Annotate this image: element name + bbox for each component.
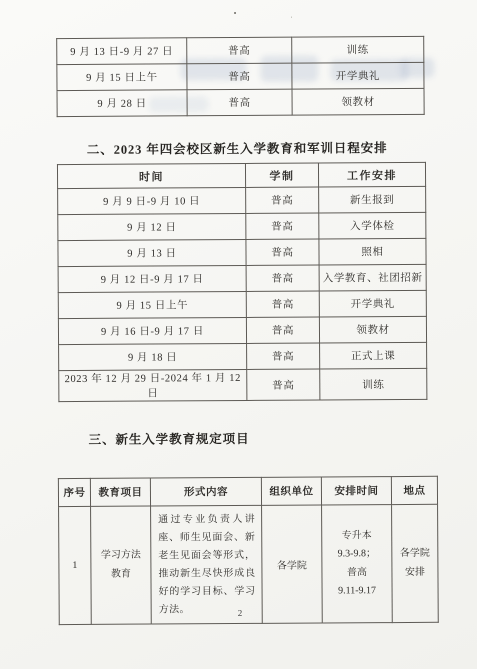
cell-work: 正式上课	[320, 342, 427, 369]
cell-time: 9 月 18 日	[59, 343, 247, 370]
cell-work: 开学典礼	[292, 62, 424, 89]
table-row: 9 月 15 日上午 普高 开学典礼	[58, 290, 426, 318]
cell-schooling: 普高	[246, 213, 319, 239]
cell-work: 训练	[292, 36, 424, 63]
cell-work: 训练	[320, 368, 427, 400]
cell-schooling: 普高	[246, 239, 319, 265]
cell-place-line: 安排	[392, 563, 437, 582]
section3-heading: 三、新生入学教育规定项目	[89, 429, 250, 448]
cell-work: 领教材	[292, 88, 424, 115]
table-row: 9 月 13 日 普高 照相	[58, 238, 426, 266]
cell-schedule-line: 9.3-9.8；	[322, 545, 391, 564]
cell-place-line: 各学院	[392, 545, 437, 564]
cell-schedule: 专升本 9.3-9.8； 普高 9.11-9.17	[322, 505, 393, 623]
schedule-table-continued: 9 月 13 日-9 月 27 日 普高 训练 9 月 15 日上午 普高 开学…	[56, 36, 424, 117]
table-row: 9 月 18 日 普高 正式上课	[59, 342, 427, 370]
table-row: 9 月 16 日-9 月 17 日 普高 领教材	[58, 316, 426, 344]
cell-schedule-line: 专升本	[322, 527, 391, 546]
cell-schooling: 普高	[187, 89, 292, 116]
cell-time: 9 月 15 日上午	[57, 64, 187, 91]
table-row: 2023 年 12 月 29 日-2024 年 1 月 12 日 普高 训练	[59, 368, 427, 401]
cell-time: 2023 年 12 月 29 日-2024 年 1 月 12 日	[59, 369, 247, 401]
cell-time: 9 月 9 日-9 月 10 日	[58, 187, 246, 214]
cell-schooling: 普高	[187, 37, 292, 64]
scan-speck	[291, 17, 292, 18]
table-row: 9 月 15 日上午 普高 开学典礼	[57, 62, 424, 90]
section2-heading: 二、2023 年四会校区新生入学教育和军训日程安排	[87, 138, 388, 158]
cell-form: 通过专业负责人讲座、师生见面会、新老生见面会等形式，推动新生尽快形成良好的学习目…	[151, 505, 263, 624]
cell-work: 入学体检	[319, 212, 426, 239]
cell-time: 9 月 13 日	[58, 239, 246, 266]
header-form: 形式内容	[150, 477, 261, 506]
cell-schooling: 普高	[246, 291, 319, 317]
cell-work: 入学教育、社团招新	[319, 264, 426, 291]
cell-work: 照相	[319, 238, 426, 265]
cell-no: 1	[59, 506, 92, 624]
cell-place: 各学院 安排	[392, 504, 439, 622]
header-no: 序号	[58, 478, 90, 506]
table-row: 9 月 13 日-9 月 27 日 普高 训练	[57, 36, 424, 64]
cell-time: 9 月 28 日	[57, 90, 187, 117]
scan-speck	[234, 12, 236, 14]
cell-schooling: 普高	[247, 343, 320, 369]
header-work: 工作安排	[318, 162, 425, 187]
sihui-schedule-table: 时间 学制 工作安排 9 月 9 日-9 月 10 日 普高 新生报到 9 月 …	[57, 162, 427, 402]
cell-project-line: 学习方法	[91, 547, 150, 566]
cell-project-line: 教育	[91, 565, 150, 584]
table-header-row: 时间 学制 工作安排	[57, 162, 425, 188]
cell-schooling: 普高	[187, 63, 292, 90]
header-place: 地点	[391, 476, 437, 504]
header-org: 组织单位	[261, 477, 321, 505]
cell-time: 9 月 12 日	[58, 213, 246, 240]
cell-time: 9 月 15 日上午	[58, 291, 246, 318]
table-row: 9 月 28 日 普高 领教材	[57, 88, 424, 116]
document-page: 9 月 13 日-9 月 27 日 普高 训练 9 月 15 日上午 普高 开学…	[0, 0, 477, 669]
cell-project: 学习方法 教育	[91, 506, 152, 624]
table-row: 9 月 9 日-9 月 10 日 普高 新生报到	[58, 186, 426, 214]
education-projects-table: 序号 教育项目 形式内容 组织单位 安排时间 地点 1 学习方法 教育 通过专业…	[58, 476, 439, 625]
cell-work: 开学典礼	[319, 290, 426, 317]
header-project: 教育项目	[90, 478, 150, 506]
table-row: 9 月 12 日 普高 入学体检	[58, 212, 426, 240]
cell-time: 9 月 16 日-9 月 17 日	[58, 317, 246, 344]
cell-schooling: 普高	[247, 369, 320, 400]
cell-schedule-line: 9.11-9.17	[323, 582, 392, 601]
cell-schooling: 普高	[246, 265, 319, 291]
cell-schooling: 普高	[246, 317, 319, 343]
cell-form-text: 通过专业负责人讲座、师生见面会、新老生见面会等形式，推动新生尽快形成良好的学习目…	[151, 506, 262, 624]
table-header-row: 序号 教育项目 形式内容 组织单位 安排时间 地点	[58, 476, 437, 506]
cell-time: 9 月 12 日-9 月 17 日	[58, 265, 246, 292]
cell-schooling: 普高	[246, 187, 319, 213]
cell-org: 各学院	[262, 505, 323, 623]
cell-schedule-line: 普高	[322, 564, 391, 583]
cell-work: 新生报到	[319, 186, 426, 213]
header-schedule: 安排时间	[321, 477, 391, 505]
cell-time: 9 月 13 日-9 月 27 日	[57, 38, 187, 65]
header-schooling: 学制	[245, 163, 318, 187]
table-row: 9 月 12 日-9 月 17 日 普高 入学教育、社团招新	[58, 264, 426, 292]
cell-work: 领教材	[319, 316, 426, 343]
scan-content: 9 月 13 日-9 月 27 日 普高 训练 9 月 15 日上午 普高 开学…	[0, 0, 477, 669]
header-time: 时间	[57, 163, 245, 188]
